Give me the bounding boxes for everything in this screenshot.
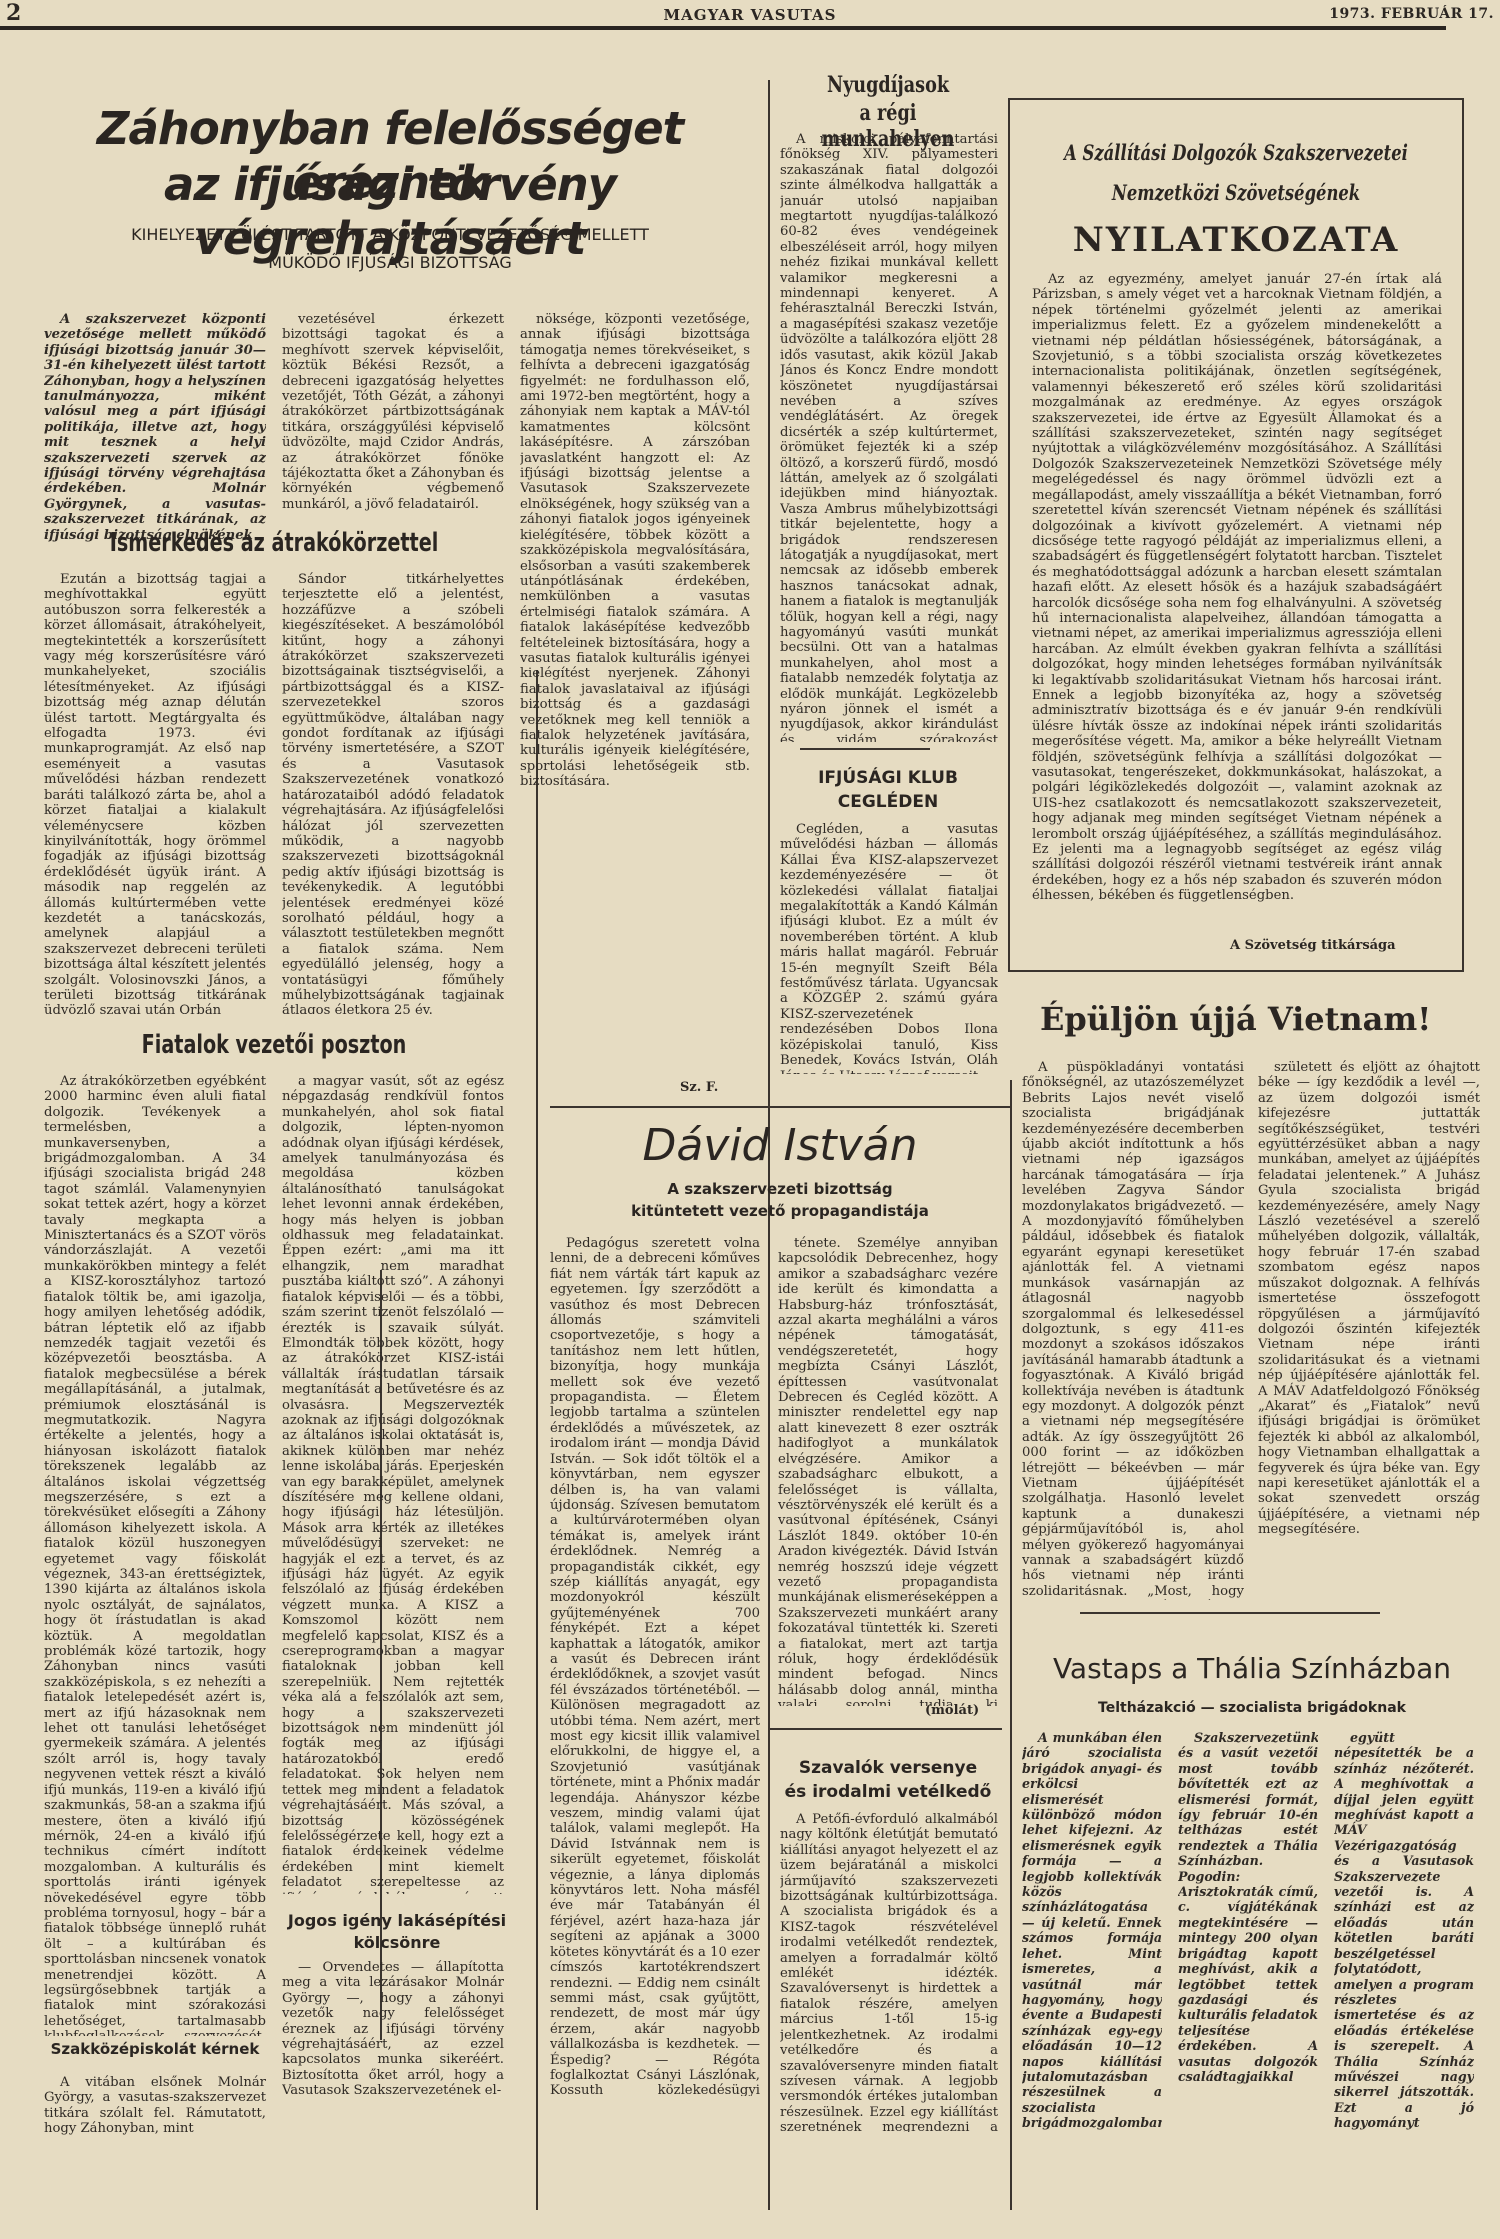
- david-title: Dávid István: [550, 1120, 1010, 1171]
- rule: [550, 1106, 1010, 1108]
- section-title-ismerkedes: Ismerkedés az átrakókörzettel: [85, 528, 462, 558]
- lead-signature: Sz. F.: [680, 1080, 718, 1095]
- vietnam-title: Épüljön újjá Vietnam!: [1040, 1000, 1480, 1038]
- thalia-title: Vastaps a Thália Színházban: [1022, 1652, 1482, 1685]
- david-col2: ténete. Személye annyiban kapcsolódik De…: [778, 1236, 998, 1706]
- thalia-col3: együtt népesítették be a színház nézőter…: [1334, 1730, 1474, 2130]
- lead-intro-col2: vezetésével érkezett bizottsági tagokat …: [282, 312, 504, 550]
- section1-col2: Sándor titkárhelyettes terjesztette elő …: [282, 572, 504, 1014]
- subheadline-line-2: MŰKÖDŐ IFJÚSÁGI BIZOTTSÁG: [40, 250, 740, 276]
- club-title-1: IFJÚSÁGI KLUB: [778, 768, 998, 788]
- column-divider: [1010, 1080, 1012, 2210]
- vietnam-col1: A püspökladányi vontatási főnökségnél, a…: [1022, 1060, 1244, 1600]
- rule: [800, 748, 930, 750]
- recital-title-2: és irodalmi vetélkedő: [778, 1782, 998, 1802]
- declaration-box: A Szállítási Dolgozók Szakszervezetei Ne…: [1008, 98, 1464, 972]
- lead-col3: nöksége, központi vezetősége, annak ifjú…: [520, 312, 750, 1072]
- newspaper-title: MAGYAR VASUTAS: [0, 6, 1500, 24]
- thalia-col2: Szakszervezetünk és a vasút vezetői most…: [1178, 1730, 1318, 2130]
- declaration-signature: A Szövetség titkársága: [1230, 938, 1396, 953]
- subheadline-line-1: KIHELYEZETT ÜLÉST TARTOTT A KÖZPONTI VEZ…: [40, 222, 740, 248]
- declaration-title-2: Nemzetközi Szövetségének: [1060, 180, 1413, 205]
- section3-text: — Örvendetes — állapította meg a vita le…: [282, 1960, 504, 2120]
- section2-col2: a magyar vasút, sőt az egész népgazdaság…: [282, 1074, 504, 1894]
- david-col1: Pedagógus szeretett volna lenni, de a de…: [550, 1236, 760, 2096]
- david-signature: (molát): [925, 1703, 979, 1718]
- declaration-title-1: A Szállítási Dolgozók Szakszervezetei: [1060, 140, 1413, 165]
- section-title-jogos-igeny: Jogos igény lakásépítési kölcsönre: [282, 1910, 512, 1954]
- masthead: 2 MAGYAR VASUTAS 1973. FEBRUÁR 17.: [0, 0, 1446, 30]
- thalia-col1: A munkában élen járó szocialista brigádo…: [1022, 1730, 1162, 2130]
- section1-col1: Ezután a bizottság tagjai a meghívottakk…: [44, 572, 266, 1014]
- club-body: Cegléden, a vasutas művelődési házban — …: [780, 822, 998, 1074]
- section4-text: A vitában elsőnek Molnár György, a vasut…: [44, 2075, 266, 2135]
- section2-col1: Az átrakókörzetben egyébként 2000 harmin…: [44, 1074, 266, 2036]
- declaration-main-title: NYILATKOZATA: [1010, 220, 1462, 260]
- club-title-2: CEGLÉDEN: [778, 792, 998, 812]
- pensioners-title-1: Nyugdíjasok: [800, 72, 976, 98]
- rule: [1080, 1612, 1380, 1614]
- recital-title-1: Szavalók versenye: [778, 1758, 998, 1778]
- pensioners-body: A miskolci pályafenntartási főnökség XIV…: [780, 132, 998, 742]
- section-title-fiatalok: Fiatalok vezetői poszton: [85, 1030, 462, 1060]
- section-title-szakkozepiskola: Szakközépiskolát kérnek: [44, 2040, 266, 2058]
- recital-body: A Petőfi-évforduló alkalmából nagy költő…: [780, 1812, 998, 2132]
- david-subtitle-2: kitüntetett vezető propagandistája: [550, 1202, 1010, 1220]
- vietnam-col2: született és eljött az óhajtott béke — í…: [1258, 1060, 1480, 1600]
- issue-date: 1973. FEBRUÁR 17.: [1329, 6, 1494, 22]
- lead-intro-col1: A szakszervezet központi vezetősége mell…: [44, 312, 266, 550]
- thalia-subtitle: Teltházakció — szocialista brigádoknak: [1022, 1700, 1482, 1716]
- david-subtitle-1: A szakszervezeti bizottság: [550, 1180, 1010, 1198]
- declaration-body: Az az egyezmény, amelyet január 27-én ír…: [1032, 272, 1442, 932]
- rule: [770, 1728, 1002, 1730]
